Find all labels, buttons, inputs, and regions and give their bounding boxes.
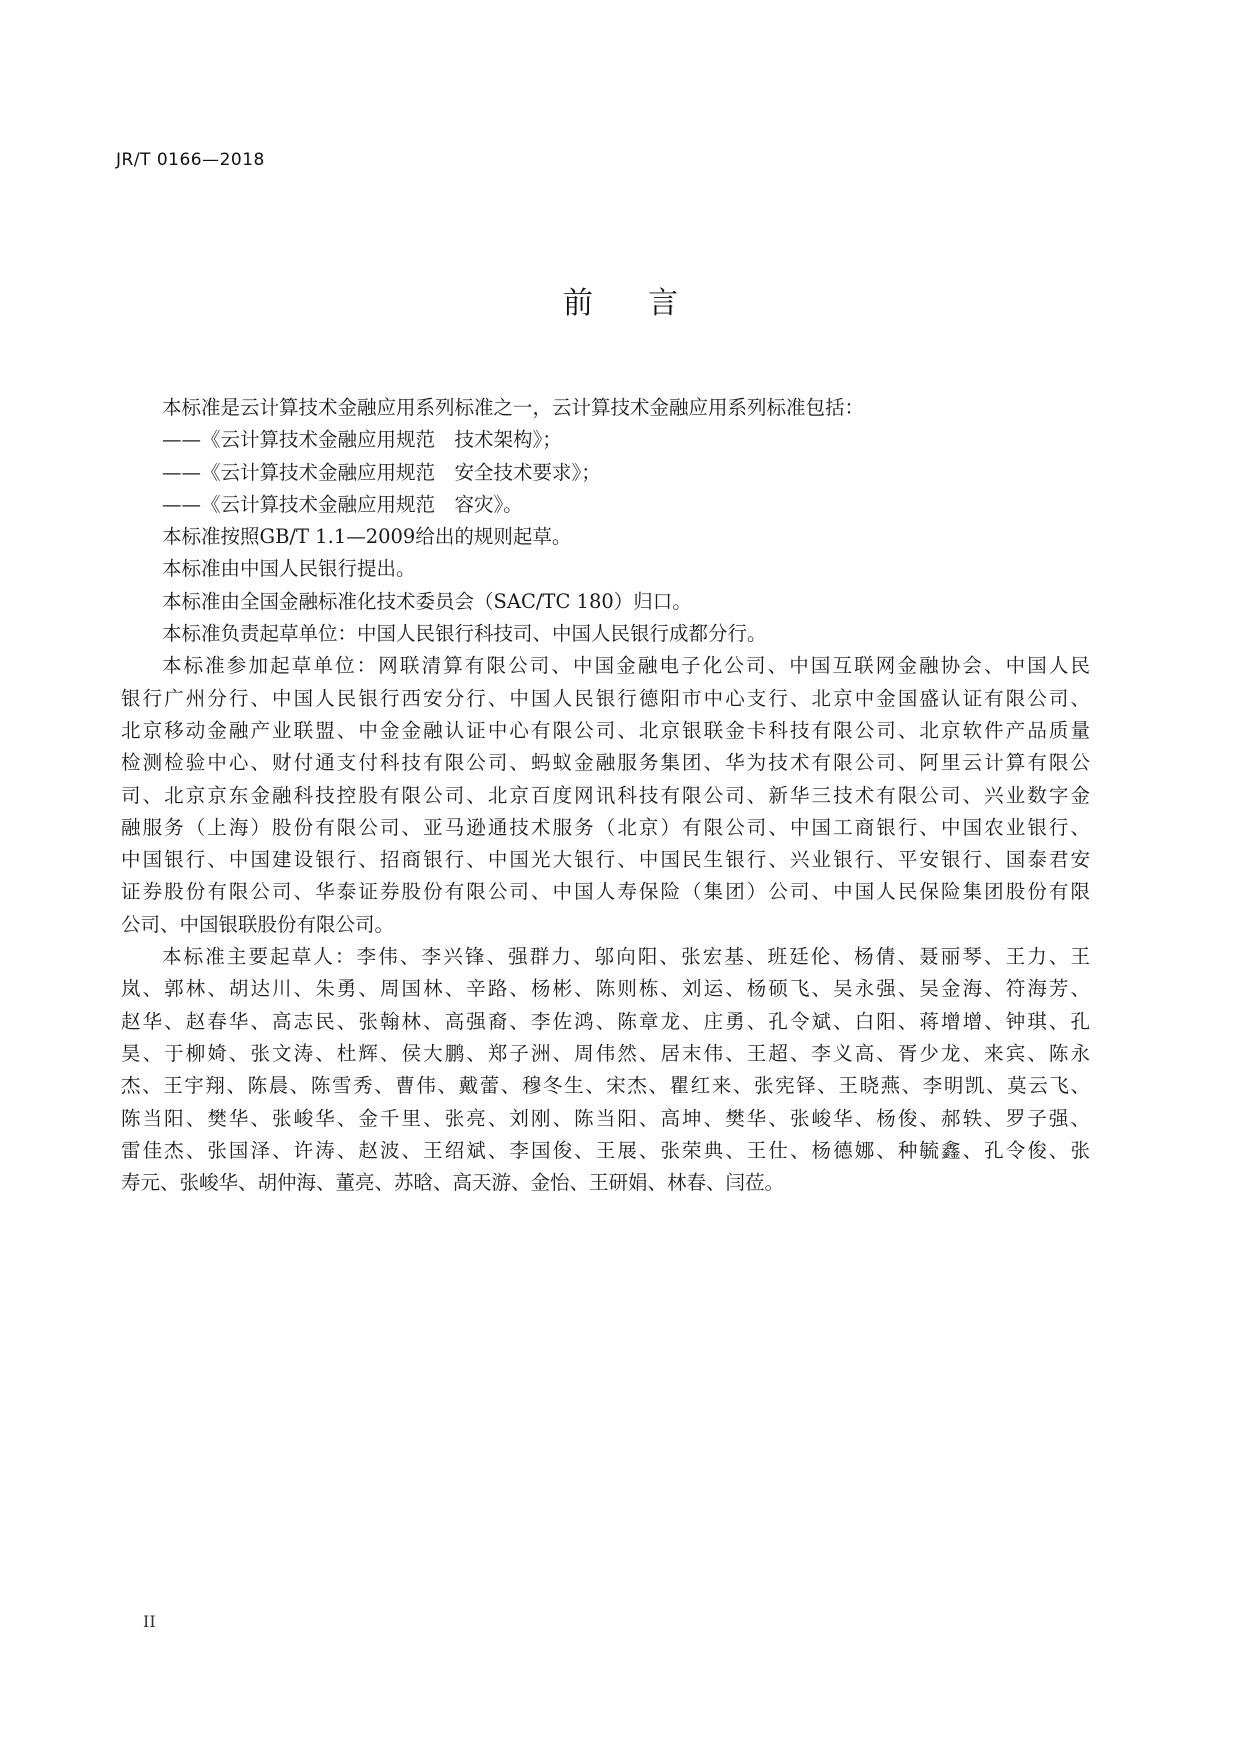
text-line: 本标准按照GB/T 1.1—2009给出的规则起草。 — [121, 521, 1090, 553]
text-line: ——《云计算技术金融应用规范 安全技术要求》； — [121, 457, 1090, 489]
foreword-body: 本标准是云计算技术金融应用系列标准之一，云计算技术金融应用系列标准包括：——《云… — [121, 392, 1090, 1199]
title-char-2: 言 — [648, 278, 678, 322]
text-line: 本标准由中国人民银行提出。 — [121, 553, 1090, 585]
page-number: II — [143, 1612, 156, 1631]
text-line: 北京移动金融产业联盟、中金金融认证中心有限公司、北京银联金卡科技有限公司、北京软… — [121, 715, 1090, 747]
text-line: 本标准是云计算技术金融应用系列标准之一，云计算技术金融应用系列标准包括： — [121, 392, 1090, 424]
text-line: 寿元、张峻华、胡仲海、董亮、苏晗、高天游、金怡、王研娟、林春、闫莅。 — [121, 1167, 1090, 1199]
text-line: 雷佳杰、张国泽、许涛、赵波、王绍斌、李国俊、王展、张荣典、王仕、杨德娜、种毓鑫、… — [121, 1135, 1090, 1167]
text-line: 司、北京京东金融科技控股有限公司、北京百度网讯科技有限公司、新华三技术有限公司、… — [121, 780, 1090, 812]
text-line: 陈当阳、樊华、张峻华、金千里、张亮、刘刚、陈当阳、高坤、樊华、张峻华、杨俊、郝轶… — [121, 1103, 1090, 1135]
text-line: 检测检验中心、财付通支付科技有限公司、蚂蚁金融服务集团、华为技术有限公司、阿里云… — [121, 747, 1090, 779]
text-line: 本标准参加起草单位：网联清算有限公司、中国金融电子化公司、中国互联网金融协会、中… — [121, 650, 1090, 682]
text-line: ——《云计算技术金融应用规范 容灾》。 — [121, 489, 1090, 521]
text-line: 本标准负责起草单位：中国人民银行科技司、中国人民银行成都分行。 — [121, 618, 1090, 650]
text-line: 中国银行、中国建设银行、招商银行、中国光大银行、中国民生银行、兴业银行、平安银行… — [121, 844, 1090, 876]
text-line: 昊、于柳婍、张文涛、杜辉、侯大鹏、郑子洲、周伟然、居末伟、王超、李义高、胥少龙、… — [121, 1038, 1090, 1070]
text-line: 公司、中国银联股份有限公司。 — [121, 909, 1090, 941]
text-line: 证券股份有限公司、华泰证券股份有限公司、中国人寿保险（集团）公司、中国人民保险集… — [121, 876, 1090, 908]
page-title: 前言 — [0, 278, 1241, 322]
text-line: 银行广州分行、中国人民银行西安分行、中国人民银行德阳市中心支行、北京中金国盛认证… — [121, 683, 1090, 715]
text-line: 融服务（上海）股份有限公司、亚马逊通技术服务（北京）有限公司、中国工商银行、中国… — [121, 812, 1090, 844]
text-line: 本标准由全国金融标准化技术委员会（SAC/TC 180）归口。 — [121, 586, 1090, 618]
text-line: 杰、王宇翔、陈晨、陈雪秀、曹伟、戴蕾、穆冬生、宋杰、瞿红来、张宪铎、王晓燕、李明… — [121, 1070, 1090, 1102]
text-line: 本标准主要起草人：李伟、李兴锋、强群力、邬向阳、张宏基、班廷伦、杨倩、聂丽琴、王… — [121, 941, 1090, 973]
text-line: 岚、郭林、胡达川、朱勇、周国林、辛路、杨彬、陈则栋、刘运、杨硕飞、吴永强、吴金海… — [121, 973, 1090, 1005]
title-char-1: 前 — [563, 278, 593, 322]
text-line: 赵华、赵春华、高志民、张翰林、高强裔、李佐鸿、陈章龙、庄勇、孔令斌、白阳、蒋增增… — [121, 1006, 1090, 1038]
document-code: JR/T 0166—2018 — [116, 150, 265, 170]
text-line: ——《云计算技术金融应用规范 技术架构》； — [121, 424, 1090, 456]
